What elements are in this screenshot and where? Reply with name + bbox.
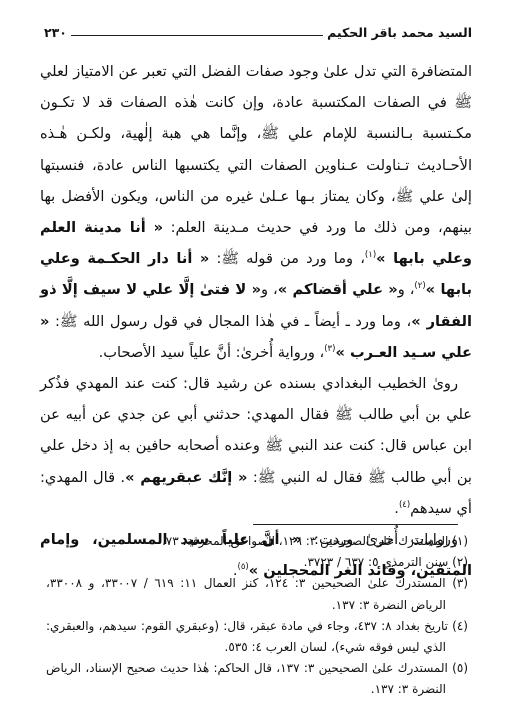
text: ، وما ورد ـ أيضاً ـ في هٰذا المجال في قو… — [49, 313, 411, 330]
paragraph-1: المتضافرة التي تدل علىٰ وجود صفات الفضل … — [40, 56, 472, 368]
text: ، و — [398, 281, 415, 298]
footnote-ref-4[interactable]: (٤) — [399, 500, 410, 510]
footnote-ref-1[interactable]: (١) — [365, 250, 376, 260]
footnote-3: (٣) المستدرك علىٰ الصحيحين ٣: ١٢٤، كنز ا… — [46, 573, 468, 615]
footnote-ref-2[interactable]: (٢) — [414, 282, 425, 292]
header-rule — [71, 35, 323, 36]
text: ، وما ورد من قوله ﷺ: — [209, 250, 365, 267]
footnote-number: (٥) — [452, 661, 468, 675]
text: ، ورواية أُخرىٰ: أنَّ علياً سيد الأصحاب. — [99, 344, 325, 361]
footnote-number: (٢) — [452, 555, 468, 569]
footnote-text: سنن الترمذي ٥: ٦٣٧ / ٣٧٢٣. — [304, 555, 449, 569]
footnote-5: (٥) المستدرك علىٰ الصحيحين ٣: ١٣٧، قال ا… — [46, 658, 468, 700]
footnote-separator — [253, 524, 458, 525]
running-header: السيد محمد باقر الحكيم ٢٣٠ — [44, 22, 472, 42]
footnote-number: (١) — [452, 534, 468, 548]
footnote-1: (١) المستدرك علىٰ الصحيحين ٣: ١٢٦، الصوا… — [46, 531, 468, 552]
hadith-quote: « إنَّك عبقريهم » — [125, 469, 247, 486]
footnote-number: (٤) — [452, 619, 468, 633]
body-text: المتضافرة التي تدل علىٰ وجود صفات الفضل … — [40, 56, 472, 586]
footnote-text: تاريخ بغداد ٨: ٤٣٧، وجاء في مادة عبقر، ق… — [46, 619, 448, 654]
header-title: السيد محمد باقر الحكيم — [323, 25, 472, 40]
footnote-text: المستدرك علىٰ الصحيحين ٣: ١٢٤، كنز العما… — [46, 576, 446, 611]
text: ، و — [261, 281, 278, 298]
footnote-4: (٤) تاريخ بغداد ٨: ٤٣٧، وجاء في مادة عبق… — [46, 616, 468, 658]
footnote-2: (٢) سنن الترمذي ٥: ٦٣٧ / ٣٧٢٣. — [46, 552, 468, 573]
footnotes: (١) المستدرك علىٰ الصحيحين ٣: ١٢٦، الصوا… — [46, 531, 468, 701]
hadith-quote: « علي أقضاكم » — [278, 281, 398, 298]
text: المتضافرة التي تدل علىٰ وجود صفات الفضل … — [40, 63, 472, 236]
footnote-text: المستدرك علىٰ الصحيحين ٣: ١٣٧، قال الحاك… — [46, 661, 448, 696]
footnote-ref-3[interactable]: (٣) — [324, 344, 335, 354]
book-page: السيد محمد باقر الحكيم ٢٣٠ المتضافرة الت… — [0, 0, 510, 718]
footnote-number: (٣) — [452, 576, 468, 590]
paragraph-2: رویٰ الخطيب البغدادي بسنده عن رشيد قال: … — [40, 368, 472, 524]
page-number: ٢٣٠ — [44, 25, 71, 40]
footnote-text: المستدرك علىٰ الصحيحين ٣: ١٢٦، الصواعق ا… — [162, 534, 448, 548]
